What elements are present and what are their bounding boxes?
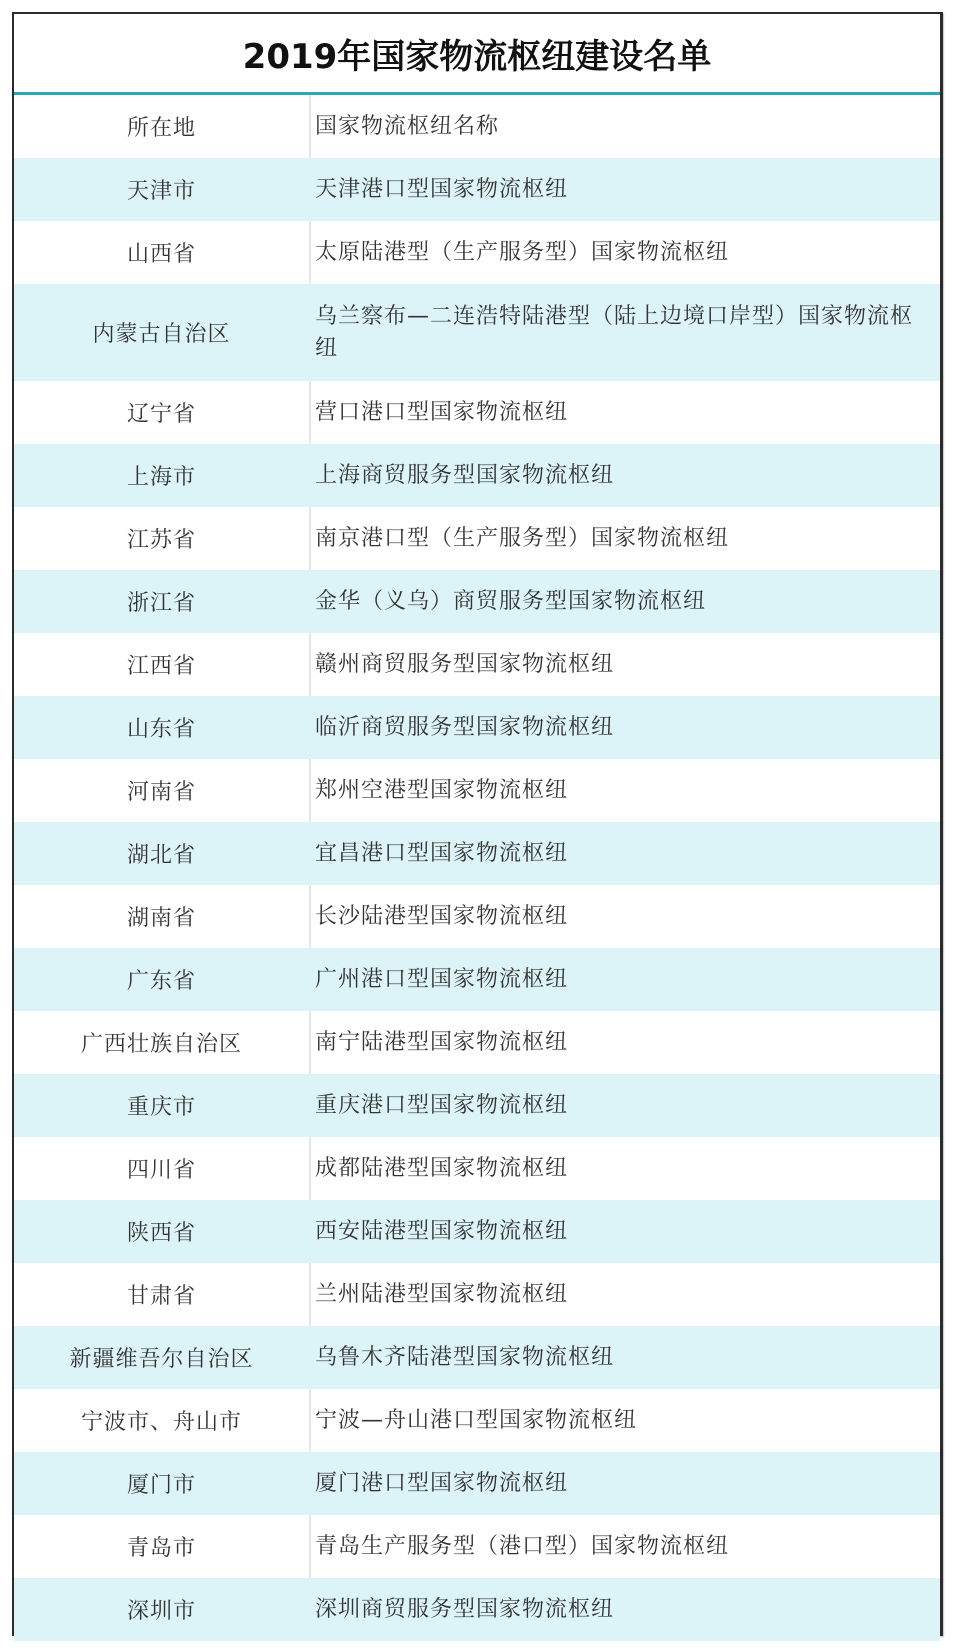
table-row: 山西省 太原陆港型（生产服务型）国家物流枢纽: [14, 221, 940, 284]
hub-name-cell: 南宁陆港型国家物流枢纽: [311, 1011, 940, 1074]
location-cell: 内蒙古自治区: [14, 284, 311, 381]
hub-name-cell: 金华（义乌）商贸服务型国家物流枢纽: [311, 570, 940, 633]
hub-name-cell: 郑州空港型国家物流枢纽: [311, 759, 940, 822]
hub-name-text: 天津港口型国家物流枢纽: [315, 174, 568, 206]
table-row: 上海市 上海商贸服务型国家物流枢纽: [14, 444, 940, 507]
location-cell: 江西省: [14, 633, 311, 696]
table-row: 广西壮族自治区 南宁陆港型国家物流枢纽: [14, 1011, 940, 1074]
location-cell: 宁波市、舟山市: [14, 1389, 311, 1452]
hub-name-text: 临沂商贸服务型国家物流枢纽: [315, 712, 614, 744]
hub-name-text: 金华（义乌）商贸服务型国家物流枢纽: [315, 586, 706, 618]
table-row: 厦门市 厦门港口型国家物流枢纽: [14, 1452, 940, 1515]
hub-name-cell: 临沂商贸服务型国家物流枢纽: [311, 696, 940, 759]
location-cell: 辽宁省: [14, 381, 311, 444]
hub-name-text: 重庆港口型国家物流枢纽: [315, 1090, 568, 1122]
table-row: 江西省 赣州商贸服务型国家物流枢纽: [14, 633, 940, 696]
table-row: 青岛市 青岛生产服务型（港口型）国家物流枢纽: [14, 1515, 940, 1578]
table-row: 深圳市 深圳商贸服务型国家物流枢纽: [14, 1578, 940, 1641]
location-cell: 重庆市: [14, 1074, 311, 1137]
hub-name-text: 青岛生产服务型（港口型）国家物流枢纽: [315, 1531, 729, 1563]
hub-name-text: 营口港口型国家物流枢纽: [315, 397, 568, 429]
location-cell: 青岛市: [14, 1515, 311, 1578]
hub-name-text: 西安陆港型国家物流枢纽: [315, 1216, 568, 1248]
hub-name-cell: 营口港口型国家物流枢纽: [311, 381, 940, 444]
hub-name-cell: 宜昌港口型国家物流枢纽: [311, 822, 940, 885]
table-row: 甘肃省 兰州陆港型国家物流枢纽: [14, 1263, 940, 1326]
location-cell: 广东省: [14, 948, 311, 1011]
hub-name-text: 乌鲁木齐陆港型国家物流枢纽: [315, 1342, 614, 1374]
hub-name-cell: 重庆港口型国家物流枢纽: [311, 1074, 940, 1137]
location-cell: 湖北省: [14, 822, 311, 885]
hub-name-text: 厦门港口型国家物流枢纽: [315, 1468, 568, 1500]
title-band: 2019年国家物流枢纽建设名单: [14, 14, 940, 95]
table-row: 宁波市、舟山市 宁波—舟山港口型国家物流枢纽: [14, 1389, 940, 1452]
hub-name-cell: 宁波—舟山港口型国家物流枢纽: [311, 1389, 940, 1452]
location-cell: 上海市: [14, 444, 311, 507]
hub-name-cell: 天津港口型国家物流枢纽: [311, 158, 940, 221]
hub-name-text: 乌兰察布—二连浩特陆港型（陆上边境口岸型）国家物流枢纽: [315, 301, 930, 365]
hub-name-text: 郑州空港型国家物流枢纽: [315, 775, 568, 807]
table-row: 广东省 广州港口型国家物流枢纽: [14, 948, 940, 1011]
column-header-hub-name-text: 国家物流枢纽名称: [315, 111, 499, 143]
table-row: 新疆维吾尔自治区 乌鲁木齐陆港型国家物流枢纽: [14, 1326, 940, 1389]
hub-name-cell: 深圳商贸服务型国家物流枢纽: [311, 1578, 940, 1641]
hub-name-text: 上海商贸服务型国家物流枢纽: [315, 460, 614, 492]
location-cell: 甘肃省: [14, 1263, 311, 1326]
hub-name-cell: 广州港口型国家物流枢纽: [311, 948, 940, 1011]
column-header-location: 所在地: [14, 95, 311, 158]
hub-name-cell: 上海商贸服务型国家物流枢纽: [311, 444, 940, 507]
table-row: 江苏省 南京港口型（生产服务型）国家物流枢纽: [14, 507, 940, 570]
hub-name-cell: 成都陆港型国家物流枢纽: [311, 1137, 940, 1200]
hub-name-text: 赣州商贸服务型国家物流枢纽: [315, 649, 614, 681]
table-row: 四川省 成都陆港型国家物流枢纽: [14, 1137, 940, 1200]
location-cell: 湖南省: [14, 885, 311, 948]
hub-name-text: 深圳商贸服务型国家物流枢纽: [315, 1594, 614, 1626]
location-cell: 河南省: [14, 759, 311, 822]
hub-name-cell: 西安陆港型国家物流枢纽: [311, 1200, 940, 1263]
hub-name-cell: 乌兰察布—二连浩特陆港型（陆上边境口岸型）国家物流枢纽: [311, 284, 940, 381]
hub-name-text: 广州港口型国家物流枢纽: [315, 964, 568, 996]
hub-name-text: 太原陆港型（生产服务型）国家物流枢纽: [315, 237, 729, 269]
hub-name-text: 宜昌港口型国家物流枢纽: [315, 838, 568, 870]
hub-name-cell: 兰州陆港型国家物流枢纽: [311, 1263, 940, 1326]
table-row: 河南省 郑州空港型国家物流枢纽: [14, 759, 940, 822]
table-row: 重庆市 重庆港口型国家物流枢纽: [14, 1074, 940, 1137]
hub-list-table: 2019年国家物流枢纽建设名单 所在地 国家物流枢纽名称 天津市 天津港口型国家…: [12, 12, 943, 1636]
column-header-hub-name: 国家物流枢纽名称: [311, 95, 940, 158]
table-header-row: 所在地 国家物流枢纽名称: [14, 95, 940, 158]
hub-name-cell: 厦门港口型国家物流枢纽: [311, 1452, 940, 1515]
location-cell: 山西省: [14, 221, 311, 284]
hub-name-text: 南京港口型（生产服务型）国家物流枢纽: [315, 523, 729, 555]
location-cell: 四川省: [14, 1137, 311, 1200]
hub-name-cell: 长沙陆港型国家物流枢纽: [311, 885, 940, 948]
hub-name-cell: 太原陆港型（生产服务型）国家物流枢纽: [311, 221, 940, 284]
hub-name-cell: 南京港口型（生产服务型）国家物流枢纽: [311, 507, 940, 570]
table-row: 湖南省 长沙陆港型国家物流枢纽: [14, 885, 940, 948]
location-cell: 陕西省: [14, 1200, 311, 1263]
location-cell: 山东省: [14, 696, 311, 759]
location-cell: 新疆维吾尔自治区: [14, 1326, 311, 1389]
hub-name-cell: 赣州商贸服务型国家物流枢纽: [311, 633, 940, 696]
hub-name-text: 成都陆港型国家物流枢纽: [315, 1153, 568, 1185]
location-cell: 广西壮族自治区: [14, 1011, 311, 1074]
location-cell: 江苏省: [14, 507, 311, 570]
location-cell: 厦门市: [14, 1452, 311, 1515]
table-row: 山东省 临沂商贸服务型国家物流枢纽: [14, 696, 940, 759]
hub-name-cell: 乌鲁木齐陆港型国家物流枢纽: [311, 1326, 940, 1389]
page-title: 2019年国家物流枢纽建设名单: [243, 29, 712, 78]
hub-name-text: 兰州陆港型国家物流枢纽: [315, 1279, 568, 1311]
table-row: 浙江省 金华（义乌）商贸服务型国家物流枢纽: [14, 570, 940, 633]
table-row: 辽宁省 营口港口型国家物流枢纽: [14, 381, 940, 444]
hub-name-text: 宁波—舟山港口型国家物流枢纽: [315, 1405, 637, 1437]
table-row: 天津市 天津港口型国家物流枢纽: [14, 158, 940, 221]
location-cell: 浙江省: [14, 570, 311, 633]
hub-name-text: 长沙陆港型国家物流枢纽: [315, 901, 568, 933]
hub-name-cell: 青岛生产服务型（港口型）国家物流枢纽: [311, 1515, 940, 1578]
hub-name-text: 南宁陆港型国家物流枢纽: [315, 1027, 568, 1059]
table-row: 陕西省 西安陆港型国家物流枢纽: [14, 1200, 940, 1263]
table-row: 湖北省 宜昌港口型国家物流枢纽: [14, 822, 940, 885]
table-row: 内蒙古自治区 乌兰察布—二连浩特陆港型（陆上边境口岸型）国家物流枢纽: [14, 284, 940, 381]
location-cell: 天津市: [14, 158, 311, 221]
location-cell: 深圳市: [14, 1578, 311, 1641]
